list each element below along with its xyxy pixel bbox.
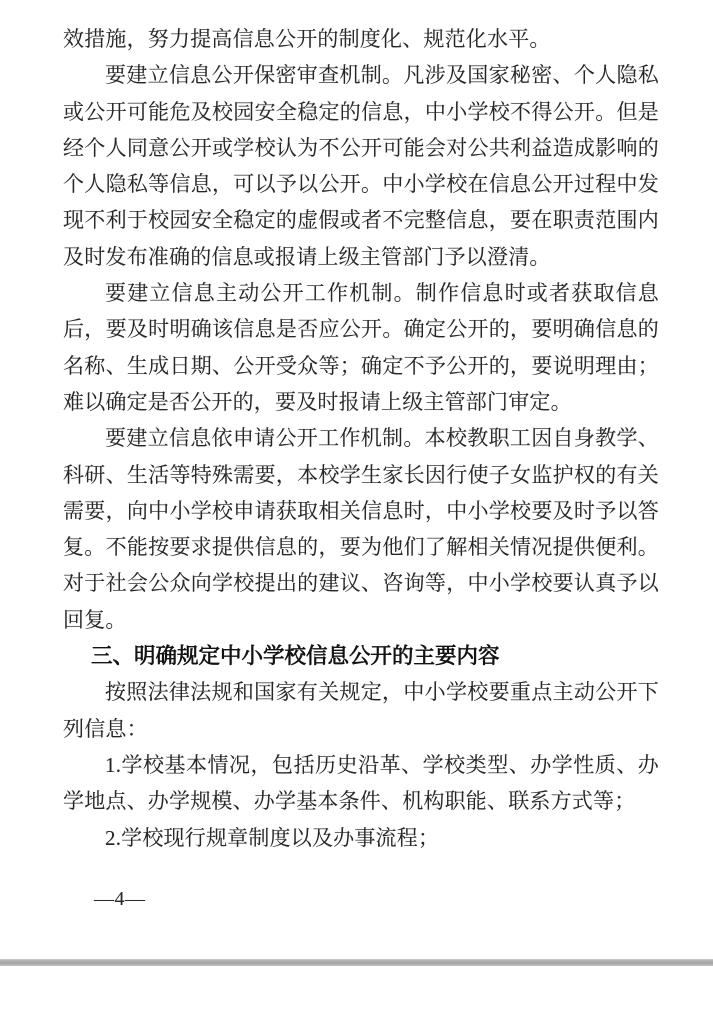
body-paragraph-disclosure-scope-intro: 按照法律法规和国家有关规定，中小学校要重点主动公开下列信息： <box>63 674 659 747</box>
page-number: —4— <box>94 885 146 913</box>
numbered-item-1-school-basic-info: 1.学校基本情况，包括历史沿革、学校类型、办学性质、办学地点、办学规模、办学基本… <box>63 747 659 820</box>
body-paragraph-proactive-disclosure: 要建立信息主动公开工作机制。制作信息时或者获取信息后，要及时明确该信息是否应公开… <box>63 275 659 420</box>
next-page-top <box>0 966 713 1024</box>
body-paragraph-continuation: 效措施，努力提高信息公开的制度化、规范化水平。 <box>63 21 659 57</box>
document-viewer: 效措施，努力提高信息公开的制度化、规范化水平。 要建立信息公开保密审查机制。凡涉… <box>0 0 713 1024</box>
body-paragraph-disclosure-on-request: 要建立信息依申请公开工作机制。本校教职工因自身教学、科研、生活等特殊需要，本校学… <box>63 420 659 638</box>
document-page: 效措施，努力提高信息公开的制度化、规范化水平。 要建立信息公开保密审查机制。凡涉… <box>0 0 713 959</box>
page-text-block: 效措施，努力提高信息公开的制度化、规范化水平。 要建立信息公开保密审查机制。凡涉… <box>63 21 659 856</box>
numbered-item-2-rules-and-procedures: 2.学校现行规章制度以及办事流程； <box>63 820 659 856</box>
section-heading-three: 三、明确规定中小学校信息公开的主要内容 <box>63 638 659 674</box>
page-break-separator <box>0 959 713 966</box>
body-paragraph-confidentiality-review: 要建立信息公开保密审查机制。凡涉及国家秘密、个人隐私或公开可能危及校园安全稳定的… <box>63 57 659 275</box>
